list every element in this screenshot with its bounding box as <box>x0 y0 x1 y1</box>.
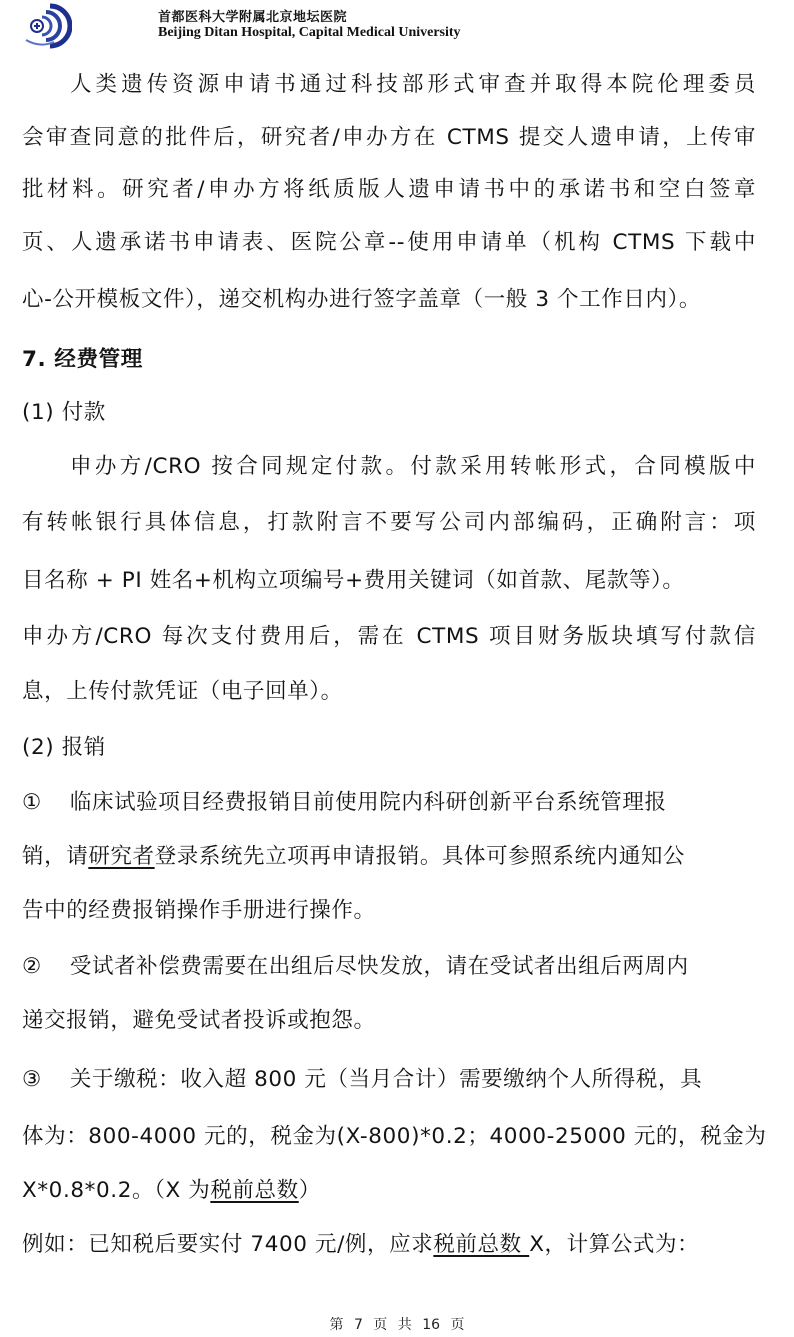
list-item-line: 体为：800-4000 元的，税金为(X-800)*0.2；4000-25000… <box>22 1122 762 1152</box>
example-line: 例如：已知税后要实付 7400 元/例，应求税前总数 X，计算公式为： <box>22 1230 762 1260</box>
paragraph-line: 息，上传付款凭证（电子回单）。 <box>22 677 762 707</box>
subsection-heading-payment: (1) 付款 <box>22 398 762 428</box>
paragraph-line: 批材料。研究者/申办方将纸质版人遗申请书中的承诺书和空白签章 <box>22 175 756 205</box>
paragraph-line: 有转帐银行具体信息，打款附言不要写公司内部编码，正确附言：项 <box>22 508 756 538</box>
list-marker: ① <box>22 790 42 815</box>
list-text: 登录系统先立项再申请报销。具体可参照系统内通知公 <box>155 844 685 869</box>
list-item-line: ③关于缴税：收入超 800 元（当月合计）需要缴纳个人所得税，具 <box>22 1065 762 1095</box>
underlined-term-pretax-total: 税前总数 <box>210 1178 298 1203</box>
list-text: 销，请 <box>22 844 88 869</box>
paragraph-line: 申办方/CRO 每次支付费用后，需在 CTMS 项目财务版块填写付款信 <box>22 622 756 652</box>
paragraph-line: 人类遗传资源申请书通过科技部形式审查并取得本院伦理委员 <box>70 70 756 100</box>
paragraph-line: 申办方/CRO 按合同规定付款。付款采用转帐形式，合同模版中 <box>70 452 756 482</box>
subsection-heading-reimbursement: (2) 报销 <box>22 733 762 763</box>
list-item-line: ①临床试验项目经费报销目前使用院内科研创新平台系统管理报 <box>22 788 762 818</box>
paragraph-line: 心-公开模板文件），递交机构办进行签字盖章（一般 3 个工作日内）。 <box>22 285 762 315</box>
list-marker: ② <box>22 954 42 979</box>
example-text: X，计算公式为： <box>529 1232 699 1257</box>
paragraph-line: 页、人遗承诺书申请表、医院公章--使用申请单（机构 CTMS 下载中 <box>22 228 756 258</box>
institution-name-cn: 首都医科大学附属北京地坛医院 <box>158 6 347 25</box>
underlined-term-researcher: 研究者 <box>88 844 154 869</box>
list-item-line: 递交报销，避免受试者投诉或抱怨。 <box>22 1006 762 1036</box>
list-text: 受试者补偿费需要在出组后尽快发放，请在受试者出组后两周内 <box>70 954 689 979</box>
list-text: 临床试验项目经费报销目前使用院内科研创新平台系统管理报 <box>70 790 667 815</box>
list-item-line: X*0.8*0.2。（X 为税前总数） <box>22 1176 762 1206</box>
list-item-line: ②受试者补偿费需要在出组后尽快发放，请在受试者出组后两周内 <box>22 952 762 982</box>
list-item-line: 销，请研究者登录系统先立项再申请报销。具体可参照系统内通知公 <box>22 842 762 872</box>
institution-name-en: Beijing Ditan Hospital, Capital Medical … <box>158 25 461 41</box>
page-header: 首都医科大学附属北京地坛医院 Beijing Ditan Hospital, C… <box>0 0 794 52</box>
list-marker: ③ <box>22 1067 42 1092</box>
underlined-term-pretax-total: 税前总数 <box>433 1232 529 1257</box>
list-item-line: 告中的经费报销操作手册进行操作。 <box>22 896 762 926</box>
page-number-footer: 第 7 页 共 16 页 <box>0 1314 794 1334</box>
list-text: 关于缴税：收入超 800 元（当月合计）需要缴纳个人所得税，具 <box>70 1067 702 1092</box>
section-heading: 7. 经费管理 <box>22 345 762 375</box>
list-text: ） <box>299 1178 321 1203</box>
paragraph-line: 目名称 + PI 姓名+机构立项编号+费用关键词（如首款、尾款等）。 <box>22 566 762 596</box>
hospital-logo-icon <box>20 2 72 50</box>
paragraph-line: 会审查同意的批件后，研究者/申办方在 CTMS 提交人遗申请，上传审 <box>22 123 756 153</box>
list-text: X*0.8*0.2。（X 为 <box>22 1178 210 1203</box>
example-text: 例如：已知税后要实付 7400 元/例，应求 <box>22 1232 433 1257</box>
